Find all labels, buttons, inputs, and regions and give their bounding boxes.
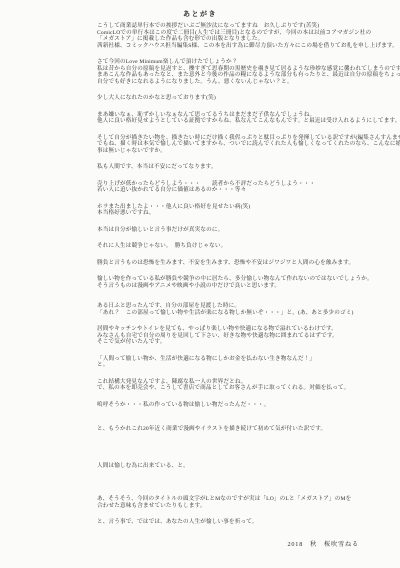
text-line: と。 bbox=[97, 362, 386, 369]
text-line: と、もうかれこれ20年近く商業で漫画やイラストを描き続けて初めて気が付いた訳です… bbox=[97, 426, 386, 433]
paragraph-greeting: こうして商業誌単行本での挨拶だいぶご無沙汰になってますね お久しぶりです(苦笑)… bbox=[97, 23, 386, 49]
afterword-body: こうして商業誌単行本での挨拶だいぶご無沙汰になってますね お久しぶりです(苦笑)… bbox=[0, 18, 400, 548]
paragraph-childish: まあ嫌いなぁ、恥ずかしいなぁなんて思ってるうちはまだまだ子供なんでしょうね。 他… bbox=[97, 112, 386, 125]
page-title: あとがき bbox=[0, 0, 400, 18]
text-line: 嗚呼そうか・・・私の作っている物は愉しい物だったんだ・・・。 bbox=[97, 402, 386, 409]
text-line: 若い人に追い抜かれてる自分に価値はあるのか・・・等々 bbox=[97, 187, 386, 194]
text-line: そこで気が付いたんです。 bbox=[97, 339, 386, 346]
text-line: あ、そうそう、今回のタイトルの頭文字がLとMなのですが実は「LO」のLと「メガス… bbox=[97, 496, 386, 503]
text-line: で、私の本を即売会や、こうして書店で商品としてお客さんが手に取ってくれる。対価を… bbox=[97, 385, 386, 392]
paragraph-fear: 勝負と言うものは恐怖を生みます、不安を生みます、恐怖や不安はジワジワと人間の心を… bbox=[97, 260, 386, 267]
paragraph-worries: 売り上げが低かったらどうしよう・・・ 読者から不評だったらどうしよう・・・ 若い… bbox=[97, 181, 386, 194]
paragraph-made-to-enjoy: 人間は愉しむ為に出来ている、と。 bbox=[97, 463, 386, 470]
paragraph-humans-pay: 「人間って愉しい物か、生活が快適になる物にしかお金を払わない生き物なんだ！」 と… bbox=[97, 356, 386, 369]
text-line: 茜新社様、コミックハウス担当編集S様、この本を出す為に御尽力頂いた方々にこの場を… bbox=[97, 43, 386, 50]
text-line: 「あれ？ この部屋って愉しい物や生活が楽になる物しか無いぞ・・・」と。(あ、あと… bbox=[97, 310, 386, 317]
paragraph-fun-things: 愉しい物を作っている私が勝負や競争の中に居たら、多分愉しい物なんて作れないのでは… bbox=[97, 276, 386, 289]
paragraph-grown-up: 少し大人になれたのかなと思っております(笑) bbox=[97, 95, 386, 102]
paragraph-twenty-years: と、もうかれこれ20年近く商業で漫画やイラストを描き続けて初めて気が付いた訳です… bbox=[97, 426, 386, 433]
paragraph-look-around: 居間やキッチンやトイレを見ても、やっぱり楽しい物や快適になる物で溢れているわけで… bbox=[97, 326, 386, 346]
afterword-page: あとがき こうして商業誌単行本での挨拶だいぶご無沙汰になってますね お久しぶりで… bbox=[0, 0, 400, 568]
paragraph-farewell: と、言う事で、ではでは、あなたの人生が愉しい事を祈って。 bbox=[97, 519, 386, 526]
text-line: 勝負と言うものは恐怖を生みます、不安を生みます、恐怖や不安はジワジワと人間の心を… bbox=[97, 260, 386, 267]
text-line: でもね、描く時は本気で愉しんで描いてますから、ついでに読んでくれた人も愉しくなっ… bbox=[97, 141, 386, 148]
text-line: そう言うものは漫画やアニメや映画や小説の中だけで良いと思います。 bbox=[97, 283, 386, 290]
text-line: 本当は自分が愉しいと言う事だけが真実なのに。 bbox=[97, 227, 386, 234]
paragraph-showing-off: ホラまた出ましたよ・・・他人に良い格好を見せたい病(笑) 本当格好悪いですね。 bbox=[97, 204, 386, 217]
text-line: 私も人間です、本当は不安にだってなります。 bbox=[97, 164, 386, 171]
text-line: と、言う事で、ではでは、あなたの人生が愉しい事を祈って。 bbox=[97, 519, 386, 526]
paragraph-selfish-drawing: そして自分が描きたい物を、描きたい時にだけ描く我侭っぷりと駄目っぷりを発揮してい… bbox=[97, 135, 386, 155]
paragraph-discovery: これ結構大発見なんですよ、陳腐な私一人の世界だとね。 で、私の本を即売会や、こう… bbox=[97, 379, 386, 392]
text-line: それに人生は競争じゃない。 勝ち負けじゃない。 bbox=[97, 243, 386, 250]
text-line: 人間は愉しむ為に出来ている、と。 bbox=[97, 463, 386, 470]
text-line: 愉しい物を作っている私が勝負や競争の中に居たら、多分愉しい物なんて作れないのでは… bbox=[97, 276, 386, 283]
text-line: 少し大人になれたのかなと思っております(笑) bbox=[97, 95, 386, 102]
text-line: 事は無いじゃないですか。 bbox=[97, 148, 386, 155]
text-line: 他人に良い格好見せようとしている証拠ですからね、私なんてこんなもんです。と最近は… bbox=[97, 118, 386, 125]
paragraph-title-meaning: あ、そうそう、今回のタイトルの頭文字がLとMなのですが実は「LO」のLと「メガス… bbox=[97, 496, 386, 509]
paragraph-aha: 嗚呼そうか・・・私の作っている物は愉しい物だったんだ・・・。 bbox=[97, 402, 386, 409]
text-line: 自分でも好きになれるようになりました。うん、悪くないんじゃない？と。 bbox=[97, 79, 386, 86]
paragraph-truth: 本当は自分が愉しいと言う事だけが真実なのに。 bbox=[97, 227, 386, 234]
text-line: まあこんな作品もあったなと、また意外と今後の作品の糧になるような部分も有ったりと… bbox=[97, 72, 386, 79]
text-line: 合わせた意味も含ませていたりもします。 bbox=[97, 503, 386, 510]
paragraph-not-competition: それに人生は競争じゃない。 勝ち負けじゃない。 bbox=[97, 243, 386, 250]
paragraph-human-anxiety: 私も人間です、本当は不安にだってなります。 bbox=[97, 164, 386, 171]
text-line: 本当格好悪いですね。 bbox=[97, 210, 386, 217]
paragraph-room-realization: ある日ふと思ったんです、自分の部屋を見渡した時に。 「あれ？ この部屋って愉しい… bbox=[97, 303, 386, 316]
author-signature: 2018 秋 桜吹雪ねる bbox=[97, 541, 386, 548]
paragraph-looking-back: さて今回のLove Minimum楽しんで頂けたでしょうか？ 私は昔から自分の原… bbox=[97, 59, 386, 85]
